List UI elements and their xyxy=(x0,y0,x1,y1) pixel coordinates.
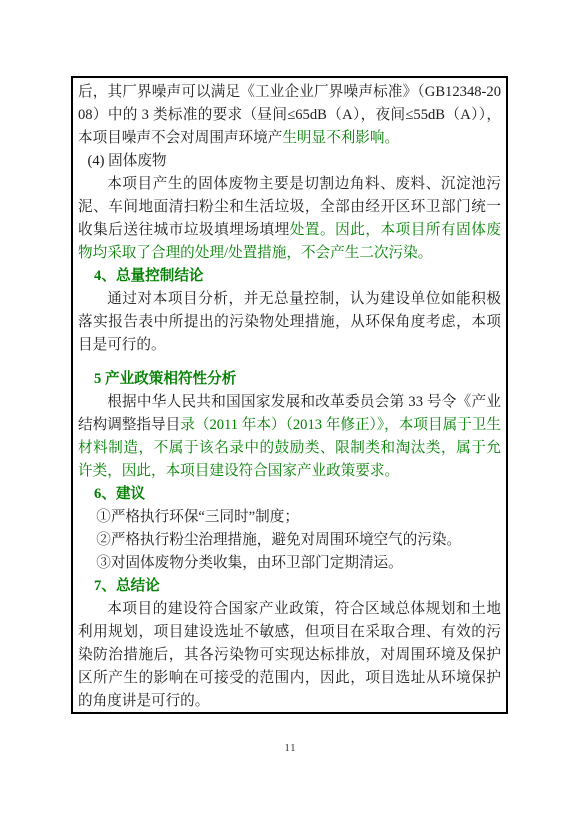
text-run: (4) 固体废物 xyxy=(87,153,166,169)
paragraph-total-control: 通过对本项目分析，并无总量控制，认为建设单位如能积极落实报告表中所提出的污染物处… xyxy=(78,288,501,357)
text-run-emphasis: 生明显不利影响。 xyxy=(282,130,399,146)
suggestion-item-1: ①严格执行环保“三同时”制度； xyxy=(78,506,501,529)
text-run: ①严格执行环保“三同时”制度； xyxy=(96,509,299,525)
suggestion-item-2: ②严格执行粉尘治理措施，避免对周围环境空气的污染。 xyxy=(78,529,501,552)
heading-text: 5 产业政策相符性分析 xyxy=(94,371,236,387)
document-content-frame: 后，其厂界噪声可以满足《工业企业厂界噪声标准》（GB12348-2008）中的 … xyxy=(71,76,508,714)
heading-text: 7、总结论 xyxy=(94,578,160,594)
paragraph-noise-conclusion: 后，其厂界噪声可以满足《工业企业厂界噪声标准》（GB12348-2008）中的 … xyxy=(78,81,501,150)
text-run: ②严格执行粉尘治理措施，避免对周围环境空气的污染。 xyxy=(96,532,461,548)
report-page: { "palette": { "background": "#ffffff", … xyxy=(0,0,581,827)
paragraph-industry-policy: 根据中华人民共和国国家发展和改革委员会第 33 号令《产业结构调整指导目录（20… xyxy=(78,391,501,483)
text-run: ③对固体废物分类收集，由环卫部门定期清运。 xyxy=(96,555,402,571)
heading-text: 6、建议 xyxy=(94,486,145,502)
section-heading-suggestions: 6、建议 xyxy=(78,483,501,506)
section-heading-overall-conclusion: 7、总结论 xyxy=(78,575,501,598)
paragraph-overall-conclusion: 本项目的建设符合国家产业政策，符合区域总体规划和土地利用规划，项目建设选址不敏感… xyxy=(78,598,501,713)
suggestion-item-3: ③对固体废物分类收集，由环卫部门定期清运。 xyxy=(78,552,501,575)
heading-text: 4、总量控制结论 xyxy=(94,268,203,284)
text-run: 本项目的建设符合国家产业政策，符合区域总体规划和土地利用规划，项目建设选址不敏感… xyxy=(78,601,501,709)
page-number: 11 xyxy=(0,743,581,754)
text-run: 通过对本项目分析，并无总量控制，认为建设单位如能积极落实报告表中所提出的污染物处… xyxy=(78,291,501,353)
section-heading-total-control: 4、总量控制结论 xyxy=(78,265,501,288)
paragraph-solid-waste: 本项目产生的固体废物主要是切割边角料、废料、沉淀池污泥、车间地面清扫粉尘和生活垃… xyxy=(78,173,501,265)
subheading-solid-waste: (4) 固体废物 xyxy=(78,150,501,173)
section-heading-industry-policy: 5 产业政策相符性分析 xyxy=(78,368,501,391)
